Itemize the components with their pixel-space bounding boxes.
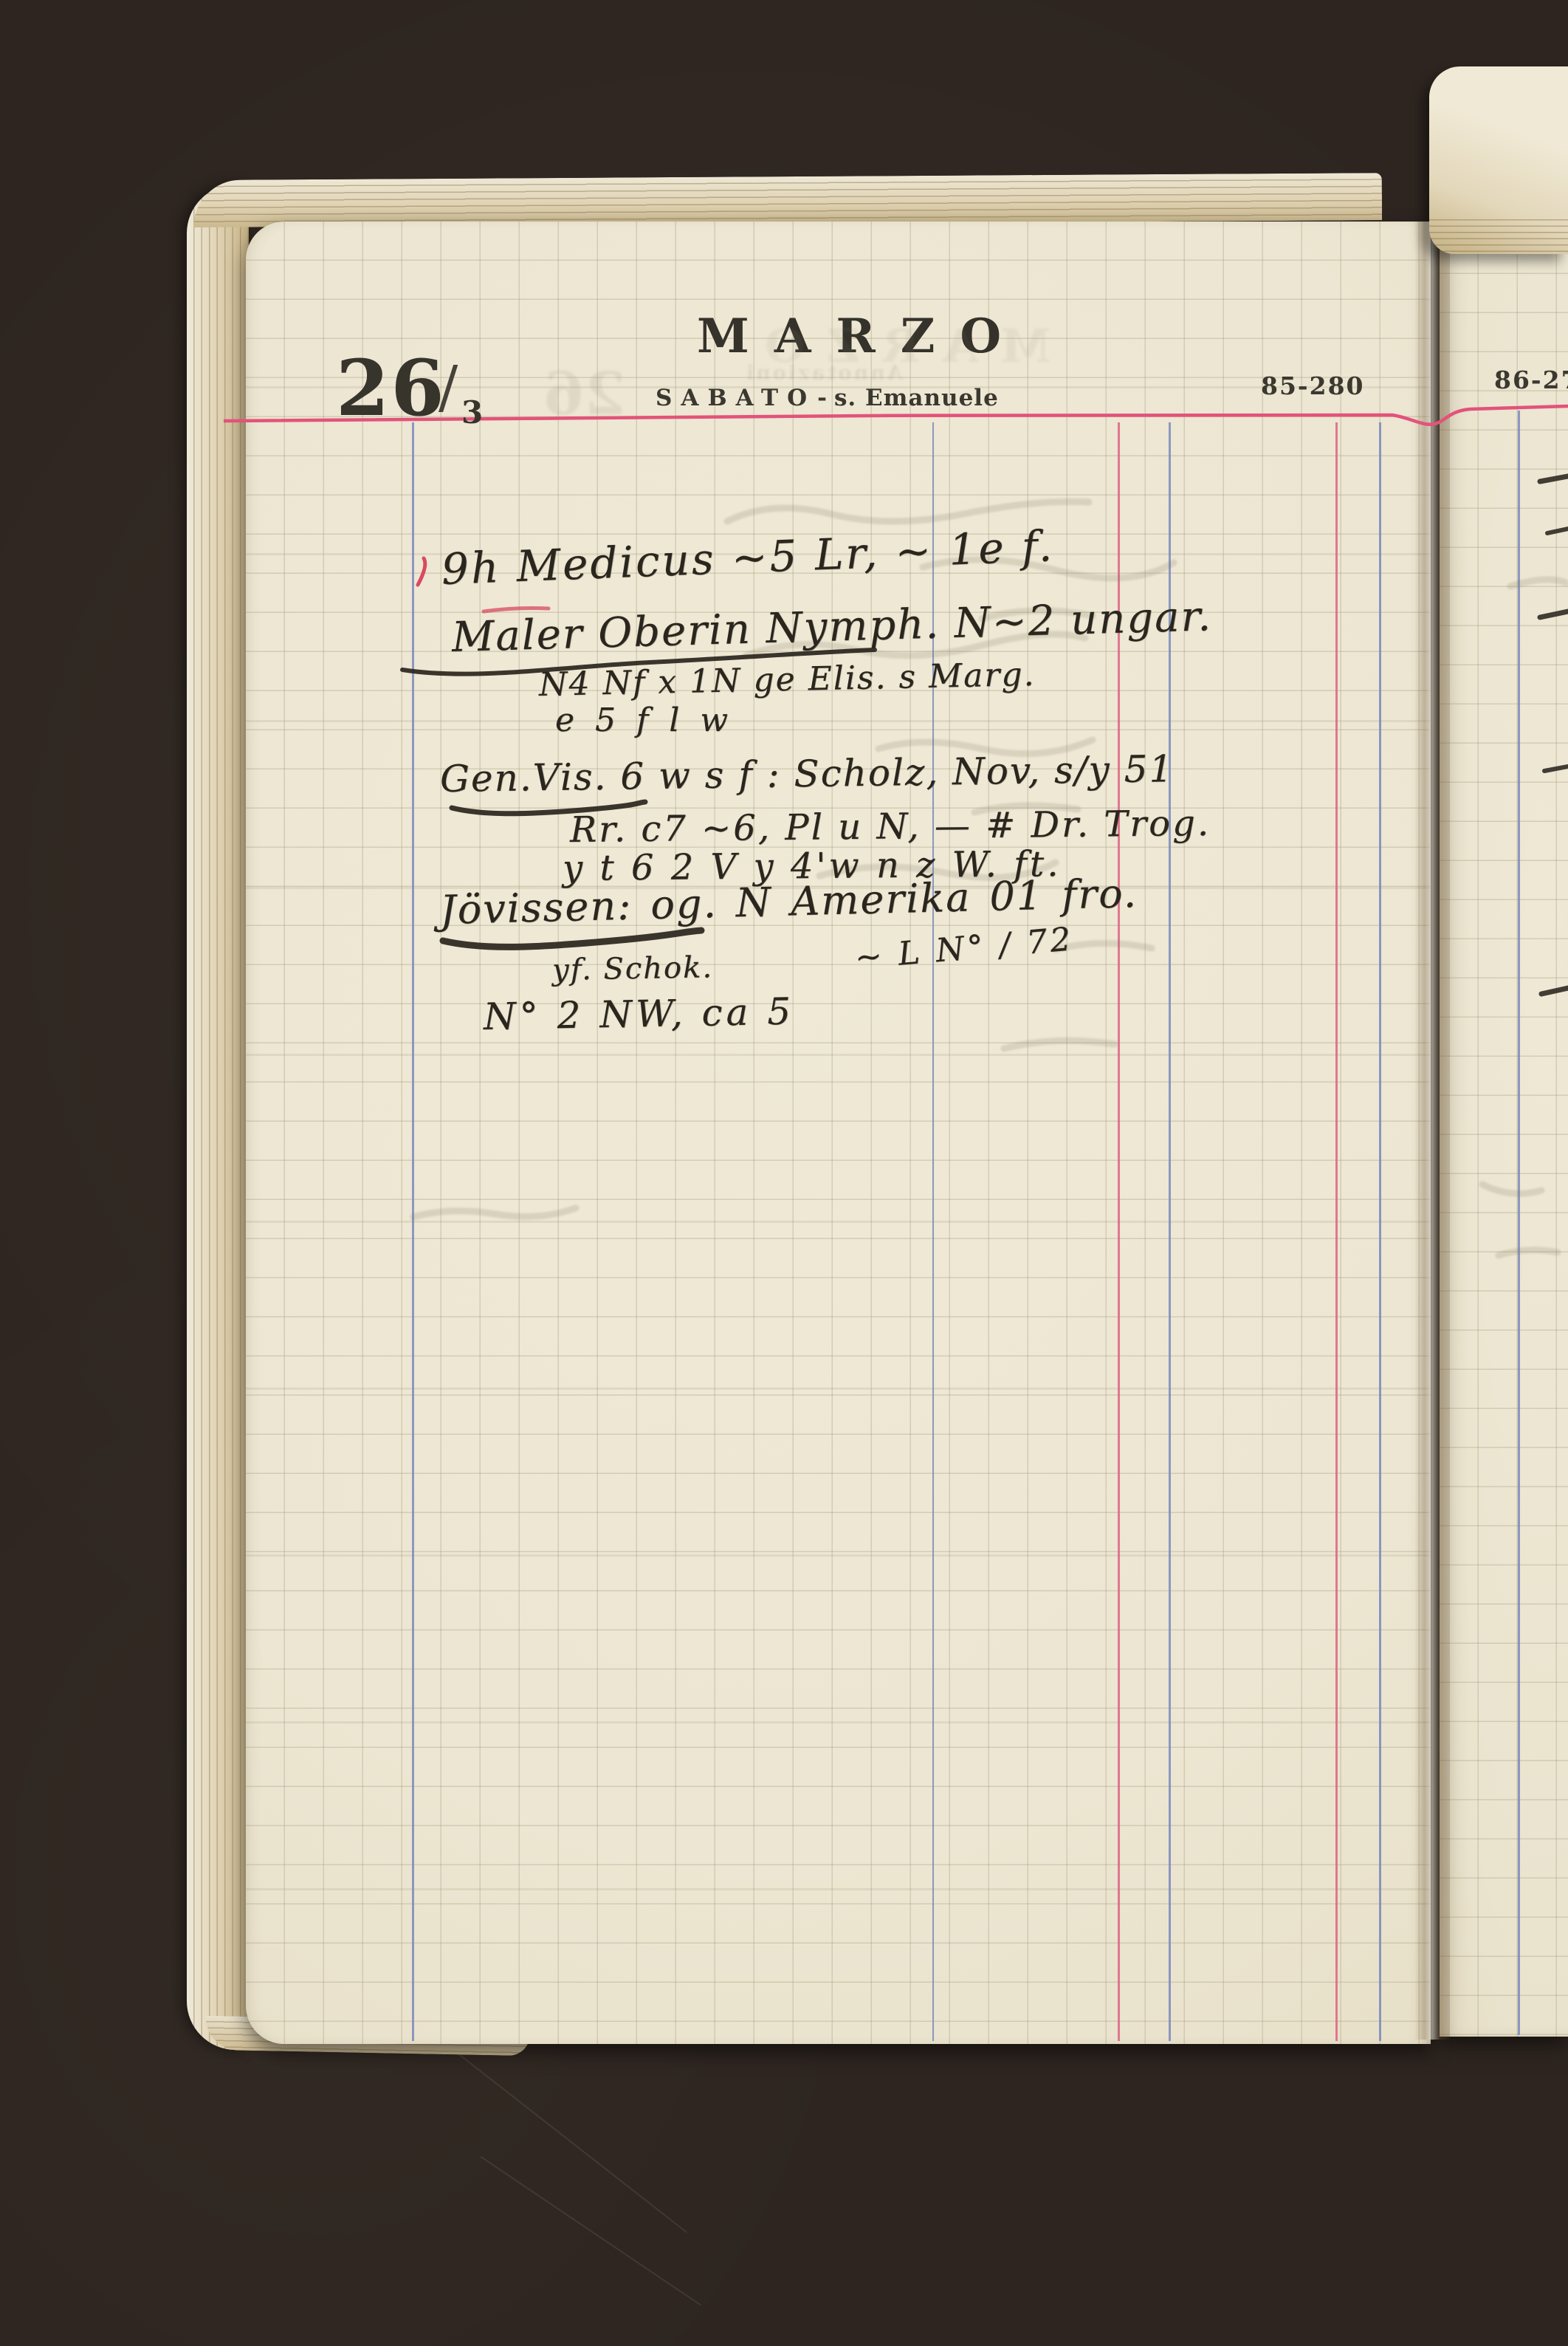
weekday-saint-separator: - (817, 385, 827, 411)
saint-name: s. Emanuele (834, 385, 999, 411)
handwriting-line: Rr. c7 ~6, Pl u N, — # Dr. Trog. (570, 806, 1211, 848)
handwriting-line: e 5 f l w (555, 704, 733, 737)
rule-blue-right-page (1518, 411, 1520, 2035)
diary-right-page (1440, 235, 1568, 2037)
ghost-day-number: 26 (543, 359, 625, 428)
weekday-saint-line: SABATO-s. Emanuele (656, 387, 999, 410)
flipped-pages-bundle (1429, 66, 1568, 254)
rule-blue-left-margin (412, 422, 414, 2041)
flipped-pages-edges (1429, 214, 1568, 254)
page-edge-stack-top (193, 173, 1382, 227)
ghost-annotations-label: Annotazioni (744, 362, 903, 385)
day-slash: / (439, 359, 458, 416)
page-edge-stack-left (187, 185, 249, 2050)
rule-red-column-1 (1118, 422, 1120, 2041)
handwriting-line: N° 2 NW, ca 5 (484, 993, 795, 1035)
rule-red-column-2 (1335, 422, 1338, 2041)
diary-photo: 26 / 3 MARZO SABATO-s. Emanuele 85-280 8… (0, 0, 1568, 2346)
page-code-right: 86-279 (1494, 368, 1568, 392)
handwriting-line: Gen.Vis. 6 w s f : Scholz, Nov, s/y 51 (440, 750, 1175, 798)
handwriting-line: yf. Schok. (552, 953, 714, 985)
page-code-left: 85-280 (1261, 374, 1365, 398)
rule-blue-column-2 (1379, 422, 1381, 2041)
diary-left-page (246, 222, 1431, 2044)
day-month-number: 3 (461, 397, 483, 428)
gutter-fold (1414, 222, 1450, 2040)
rule-blue-column-1 (1169, 422, 1171, 2041)
weekday-name: SABATO (656, 385, 816, 411)
day-number: 26 (336, 350, 446, 427)
